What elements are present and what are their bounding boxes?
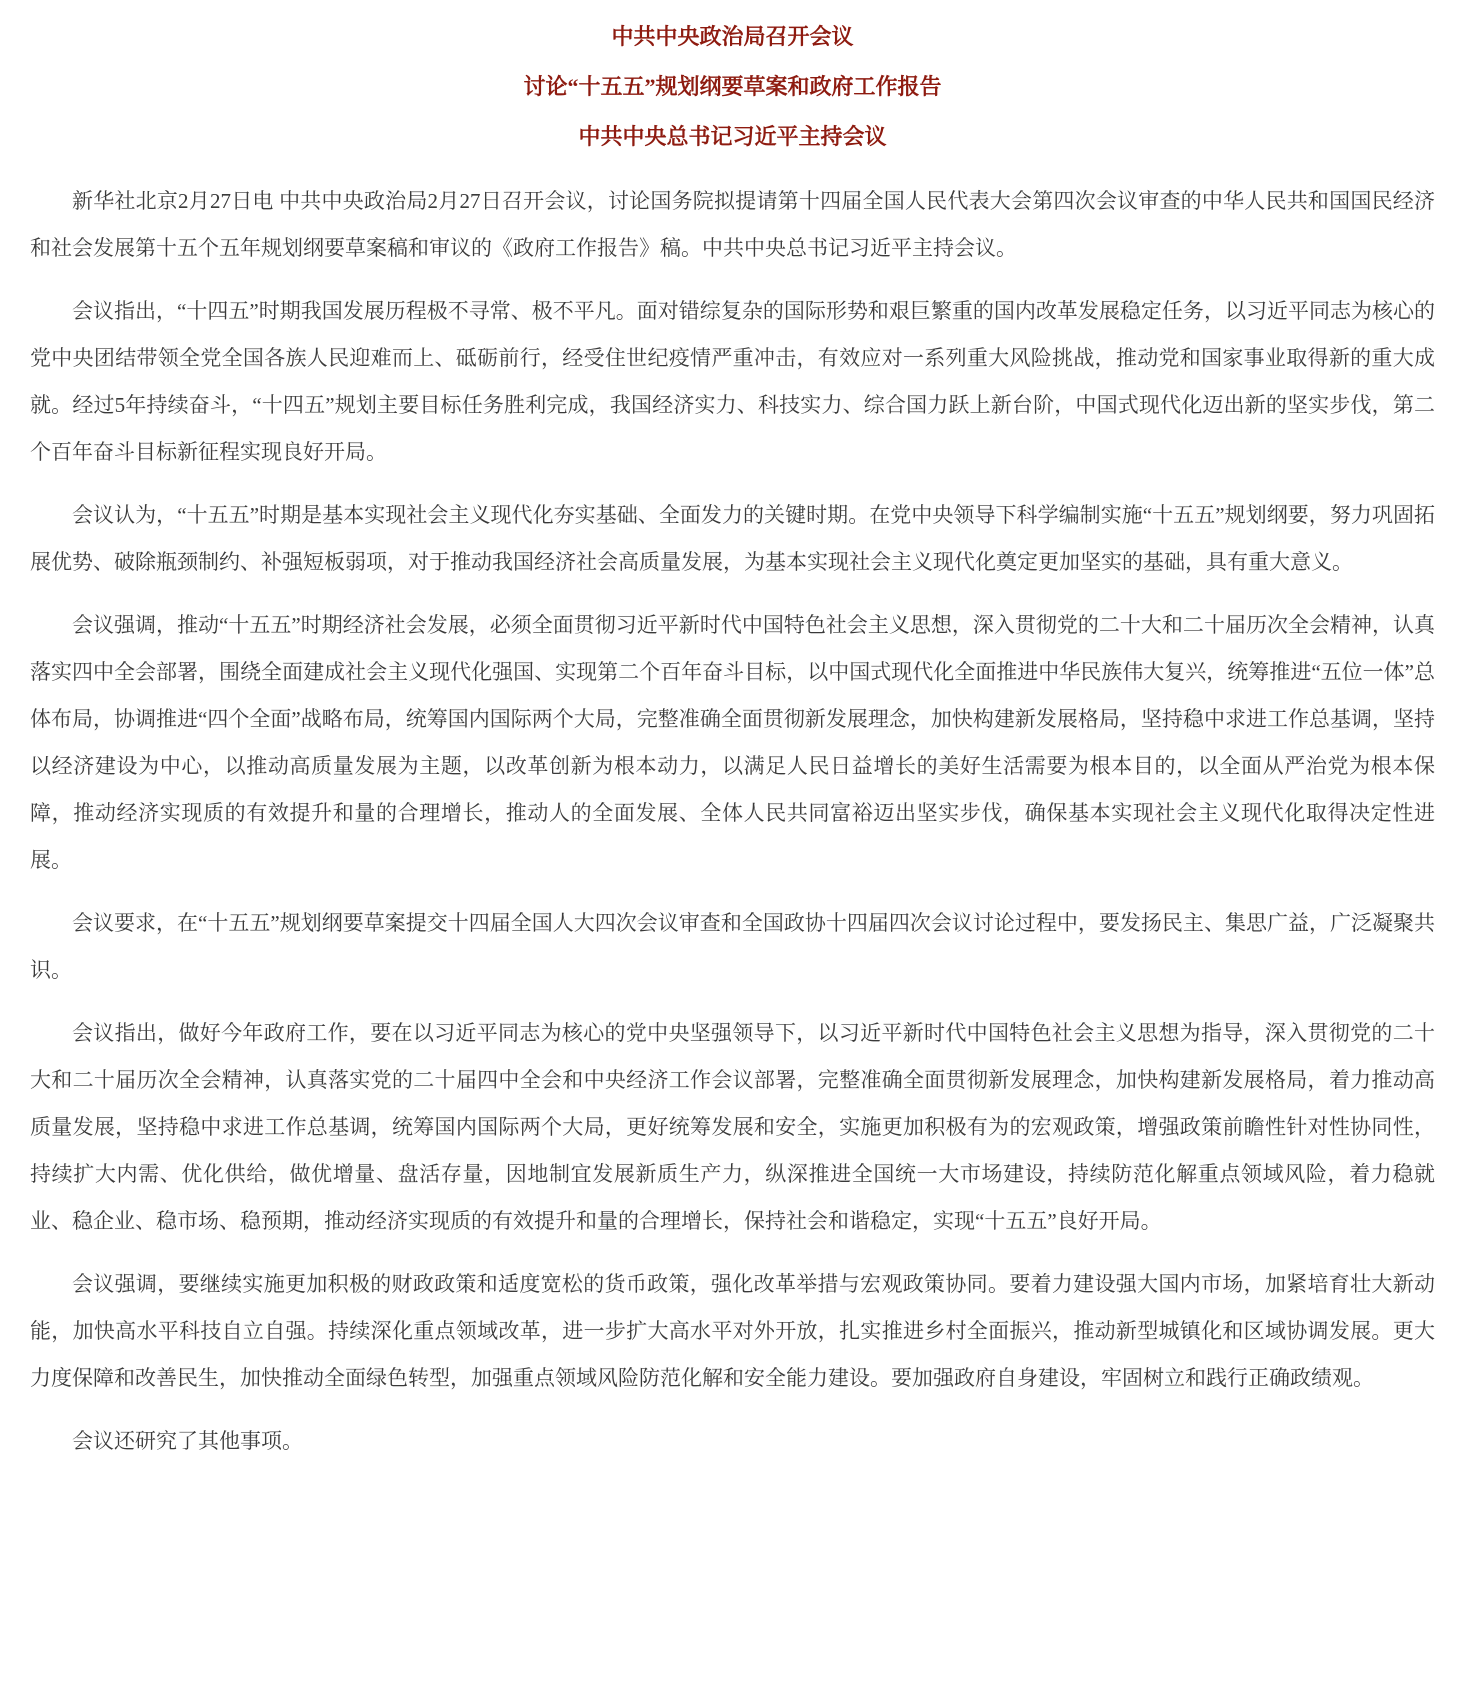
article-paragraph: 会议认为，“十五五”时期是基本实现社会主义现代化夯实基础、全面发力的关键时期。在… [30,492,1435,586]
article-paragraph: 会议强调，要继续实施更加积极的财政政策和适度宽松的货币政策，强化改革举措与宏观政… [30,1261,1435,1402]
article-paragraph: 会议还研究了其他事项。 [30,1418,1435,1465]
article-title-line-2: 讨论“十五五”规划纲要草案和政府工作报告 [30,62,1435,112]
article-title-line-3: 中共中央总书记习近平主持会议 [30,112,1435,162]
article-page: 中共中央政治局召开会议 讨论“十五五”规划纲要草案和政府工作报告 中共中央总书记… [0,0,1465,1690]
article-title: 中共中央政治局召开会议 讨论“十五五”规划纲要草案和政府工作报告 中共中央总书记… [30,12,1435,162]
article-paragraph: 会议指出，做好今年政府工作，要在以习近平同志为核心的党中央坚强领导下，以习近平新… [30,1010,1435,1245]
article-paragraph: 会议要求，在“十五五”规划纲要草案提交十四届全国人大四次会议审查和全国政协十四届… [30,900,1435,994]
article-paragraph: 会议强调，推动“十五五”时期经济社会发展，必须全面贯彻习近平新时代中国特色社会主… [30,602,1435,884]
article-paragraph: 会议指出，“十四五”时期我国发展历程极不寻常、极不平凡。面对错综复杂的国际形势和… [30,288,1435,476]
article-title-line-1: 中共中央政治局召开会议 [30,12,1435,62]
article-body: 新华社北京2月27日电 中共中央政治局2月27日召开会议，讨论国务院拟提请第十四… [30,178,1435,1465]
article-paragraph: 新华社北京2月27日电 中共中央政治局2月27日召开会议，讨论国务院拟提请第十四… [30,178,1435,272]
